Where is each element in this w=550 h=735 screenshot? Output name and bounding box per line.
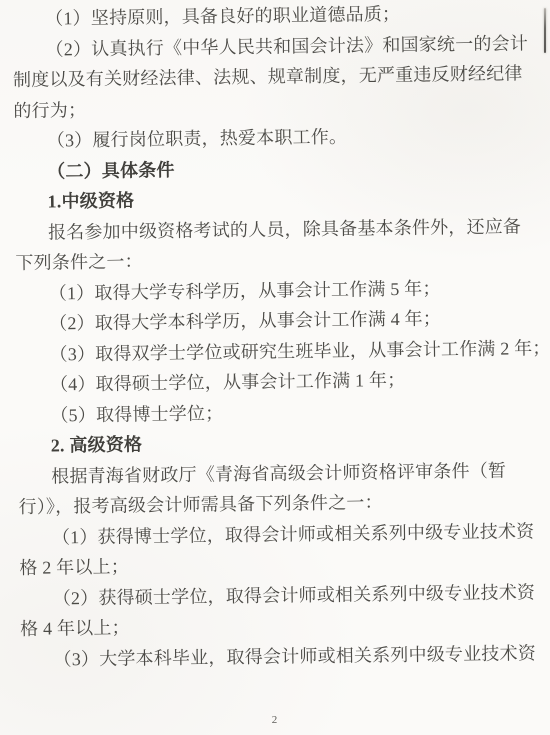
document-body: （1）坚持原则，具备良好的职业道德品质；（2）认真执行《中华人民共和国会计法》和… — [12, 0, 548, 675]
page-number: 2 — [0, 714, 550, 726]
scan-artifact-line — [544, 8, 546, 53]
text-line-22: （3）大学本科毕业，取得会计师或相关系列中级专业技术资 — [20, 638, 547, 675]
document-page: （1）坚持原则，具备良好的职业道德品质；（2）认真执行《中华人民共和国会计法》和… — [0, 0, 550, 735]
